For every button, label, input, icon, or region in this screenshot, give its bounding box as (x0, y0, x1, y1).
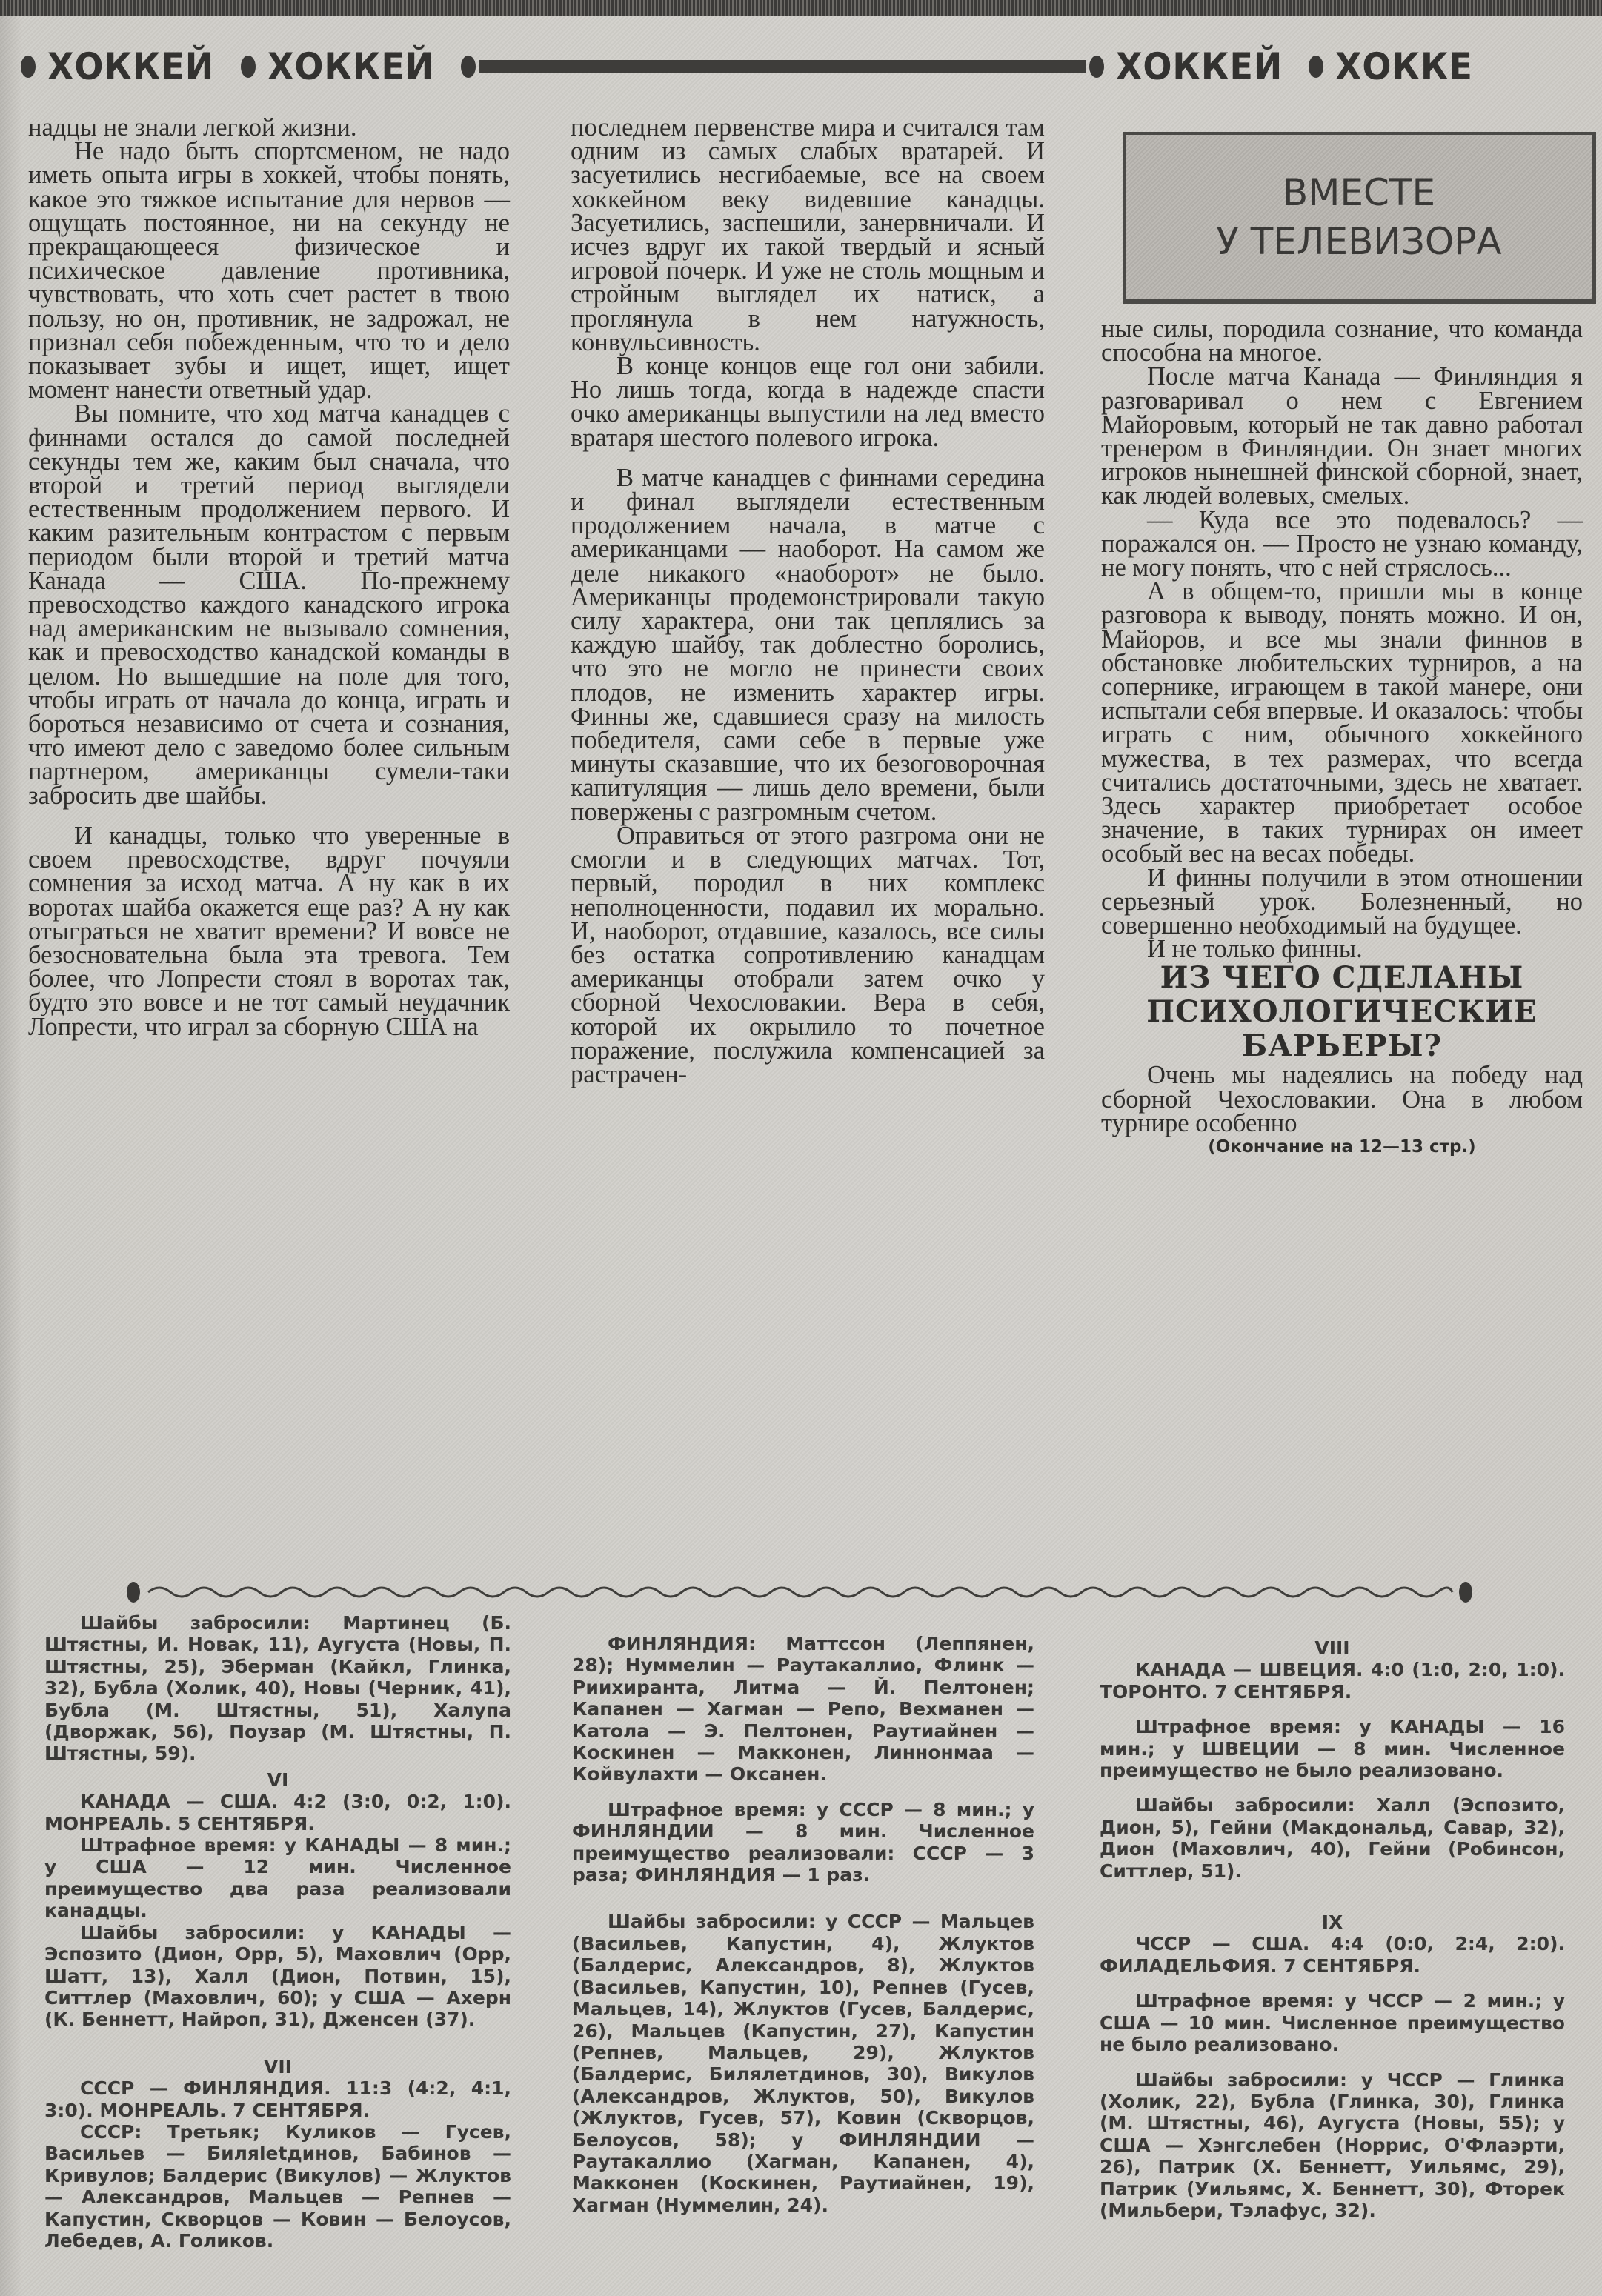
bullet-icon (241, 56, 256, 78)
match-number: VI (44, 1769, 511, 1791)
penalty-info: Штрафное время: у КАНАДЫ — 8 мин.; у США… (44, 1834, 511, 1922)
paragraph: В матче канадцев с финнами середина и фи… (571, 466, 1045, 824)
stats-column-1: Шайбы забросили: Мартинец (Б. Штястны, И… (44, 1612, 511, 2252)
subheading: ИЗ ЧЕГО СДЕЛАНЫ ПСИХОЛОГИЧЕСКИЕ БАРЬЕРЫ? (1101, 961, 1583, 1063)
bullet-icon (21, 56, 36, 78)
section-title: ХОККЕЙ (47, 45, 214, 88)
goals-list: Шайбы забросили: у КАНАДЫ — Эспозито (Ди… (44, 1922, 511, 2031)
lineup: СССР: Третьяк; Куликов — Гусев, Васильев… (44, 2121, 511, 2252)
rubric-box: ВМЕСТЕ У ТЕЛЕВИЗОРА (1123, 132, 1596, 304)
header-rule (479, 60, 1086, 73)
match-number: VII (44, 2056, 511, 2077)
top-rule (0, 0, 1602, 16)
rubric-line-2: У ТЕЛЕВИЗОРА (1216, 217, 1501, 266)
match-number: IX (1100, 1911, 1565, 1933)
match-result: КАНАДА — США. 4:2 (3:0, 0:2, 1:0). МОНРЕ… (44, 1791, 511, 1834)
paragraph: последнем первенстве мира и считался там… (571, 116, 1045, 354)
wavy-divider (126, 1580, 1475, 1605)
match-result: КАНАДА — ШВЕЦИЯ. 4:0 (1:0, 2:0, 1:0). ТО… (1100, 1659, 1565, 1703)
goals-list: Шайбы забросили: Халл (Эспозито, Дион, 5… (1100, 1794, 1565, 1882)
article-column-2: последнем первенстве мира и считался там… (571, 116, 1045, 1086)
article-column-3: ные силы, породила сознание, что команда… (1101, 317, 1583, 1159)
paragraph: надцы не знали легкой жизни. (28, 116, 510, 139)
paragraph: И не только финны. (1101, 937, 1583, 961)
rubric-line-1: ВМЕСТЕ (1283, 168, 1435, 217)
paragraph: Вы помните, что ход матча канадцев с фин… (28, 402, 510, 807)
goals-list: Шайбы забросили: у ЧССР — Глинка (Холик,… (1100, 2069, 1565, 2222)
bullet-icon (1309, 56, 1323, 78)
stats-column-2: ФИНЛЯНДИЯ: Маттссон (Леппянен, 28); Нумм… (572, 1633, 1034, 2216)
goals-list: Шайбы забросили: у СССР — Мальцев (Васил… (572, 1911, 1034, 2216)
article-column-1: надцы не знали легкой жизни. Не надо быт… (28, 116, 510, 1039)
bullet-icon (461, 56, 476, 78)
section-title: ХОККЕЙ (1116, 45, 1283, 88)
paragraph: И финны получили в этом отношении серьез… (1101, 866, 1583, 938)
paragraph: Не надо быть спортсменом, не надо иметь … (28, 139, 510, 402)
section-title: ХОККЕЙ (267, 45, 434, 88)
bullet-icon (1089, 56, 1104, 78)
section-header: ХОККЕЙ ХОККЕЙ ХОККЕЙ ХОККЕ (21, 43, 1602, 90)
match-result: СССР — ФИНЛЯНДИЯ. 11:3 (4:2, 4:1, 3:0). … (44, 2077, 511, 2121)
penalty-info: Штрафное время: у КАНАДЫ — 16 мин.; у ШВ… (1100, 1716, 1565, 1781)
lineup: ФИНЛЯНДИЯ: Маттссон (Леппянен, 28); Нумм… (572, 1633, 1034, 1786)
match-number: VIII (1100, 1637, 1565, 1659)
section-title: ХОККЕ (1335, 45, 1473, 88)
penalty-info: Штрафное время: у СССР — 8 мин.; у ФИНЛЯ… (572, 1799, 1034, 1886)
paragraph: В конце концов еще гол они забили. Но ли… (571, 354, 1045, 450)
match-result: ЧССР — США. 4:4 (0:0, 2:4, 2:0). ФИЛАДЕЛ… (1100, 1933, 1565, 1977)
paragraph: Оправиться от этого разгрома они не смог… (571, 824, 1045, 1086)
stats-column-3: VIII КАНАДА — ШВЕЦИЯ. 4:0 (1:0, 2:0, 1:0… (1100, 1633, 1565, 2221)
paragraph: После матча Канада — Финляндия я разгова… (1101, 365, 1583, 508)
goals-list: Шайбы забросили: Мартинец (Б. Штястны, И… (44, 1612, 511, 1765)
paragraph: А в общем-то, пришли мы в конце разговор… (1101, 579, 1583, 865)
paragraph: ные силы, породила сознание, что команда… (1101, 317, 1583, 365)
penalty-info: Штрафное время: у ЧССР — 2 мин.; у США —… (1100, 1990, 1565, 2055)
paragraph: Очень мы надеялись на победу над сборной… (1101, 1063, 1583, 1135)
continuation-note: (Окончание на 12—13 стр.) (1101, 1135, 1583, 1159)
paragraph: — Куда все это подевалось? — поражался о… (1101, 508, 1583, 580)
newspaper-page: ХОККЕЙ ХОККЕЙ ХОККЕЙ ХОККЕ надцы не знал… (0, 0, 1602, 2296)
paragraph: И канадцы, только что уверенные в своем … (28, 824, 510, 1039)
